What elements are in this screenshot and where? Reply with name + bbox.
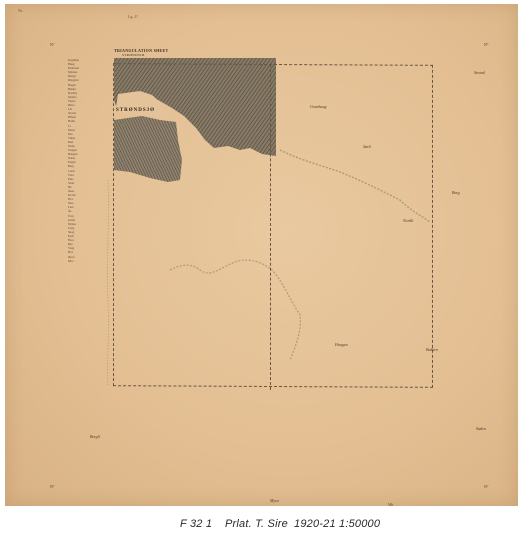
map-title-block: TRIANGULATION SHEET STRØNDSJØ xyxy=(114,48,278,59)
index-entry: Moa xyxy=(68,259,104,263)
corner-mark-top-right: N° xyxy=(484,42,489,47)
place-label: Sørli xyxy=(363,144,371,149)
sheet-id: F 32 1 xyxy=(180,518,212,530)
place-label: Myra xyxy=(270,498,279,503)
top-note: Lg. 4° xyxy=(128,14,138,19)
place-label: Grønhaug xyxy=(310,104,326,109)
map-meridian-line xyxy=(270,64,271,390)
lake-label: STRØNDSJØ xyxy=(116,108,155,113)
map-neatline xyxy=(113,63,433,388)
place-label: Strand xyxy=(474,70,485,75)
place-label: Bergli xyxy=(90,434,100,439)
top-note: Nr. xyxy=(18,8,23,13)
corner-mark-bottom-left: N° xyxy=(50,484,55,489)
years-scale-label: 1920-21 1:50000 xyxy=(294,518,380,530)
corner-mark-top-left: N° xyxy=(50,42,55,47)
surveyor-label: Prlat. T. Sire xyxy=(225,518,288,530)
corner-mark-bottom-right: N° xyxy=(484,484,489,489)
place-label: Berg xyxy=(452,190,460,195)
place-label: Stølen xyxy=(476,426,486,431)
map-title-line2: STRØNDSJØ xyxy=(122,53,145,57)
place-label: Bakken xyxy=(426,347,438,352)
place-label: Haugen xyxy=(335,342,348,347)
place-label: Nordli xyxy=(403,218,413,223)
place-index-list: Rognlien Haug Kirkerud Myrene Berget Øde… xyxy=(68,58,104,263)
